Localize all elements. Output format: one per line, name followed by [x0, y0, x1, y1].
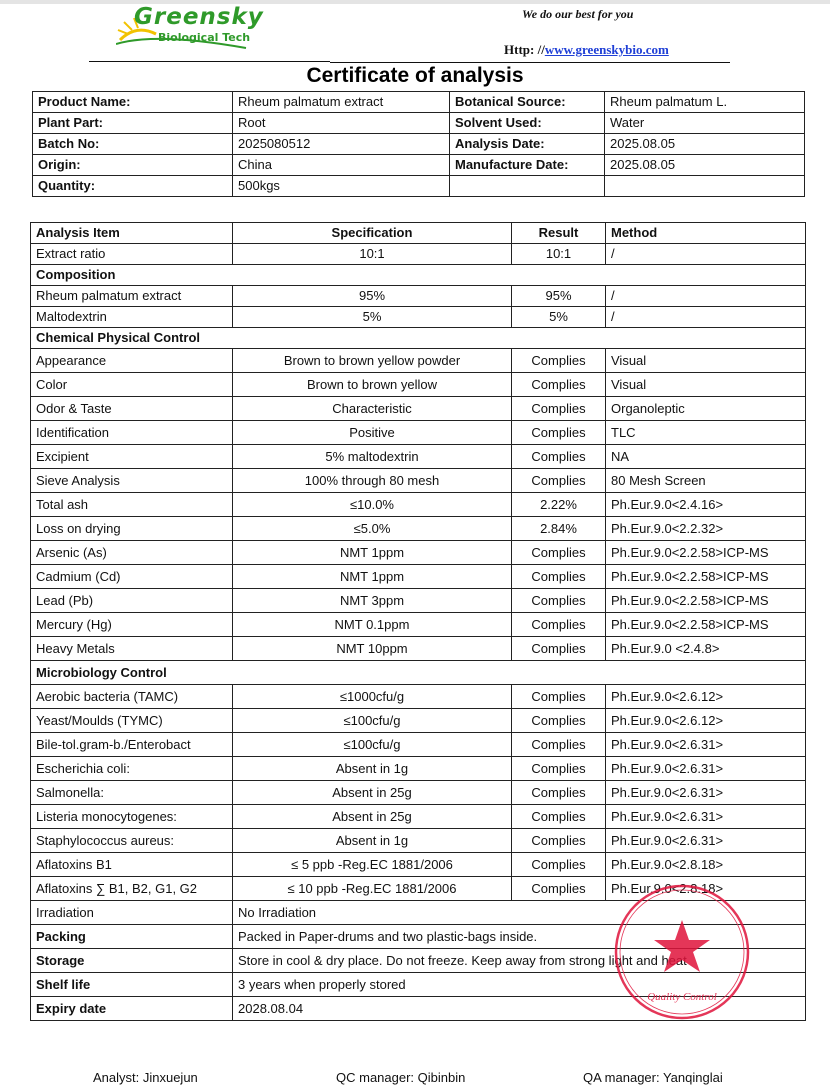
analysis-item: Color [31, 373, 233, 397]
analysis-item: Rheum palmatum extract [31, 286, 233, 307]
specification: NMT 10ppm [233, 637, 512, 661]
analysis-item: Heavy Metals [31, 637, 233, 661]
specification: ≤ 5 ppb -Reg.EC 1881/2006 [233, 853, 512, 877]
result: Complies [512, 685, 606, 709]
info-value: China [233, 155, 450, 176]
method: Ph.Eur.9.0<2.6.12> [606, 709, 806, 733]
method: Ph.Eur.9.0 <2.4.8> [606, 637, 806, 661]
analysis-item: Salmonella: [31, 781, 233, 805]
specification: NMT 1ppm [233, 565, 512, 589]
table-row: Escherichia coli:Absent in 1gCompliesPh.… [31, 757, 806, 781]
analysis-item: Excipient [31, 445, 233, 469]
analysis-item: Cadmium (Cd) [31, 565, 233, 589]
table-row: Extract ratio10:110:1/ [31, 244, 806, 265]
section-header-row: Chemical Physical Control [31, 328, 806, 349]
result: 2.22% [512, 493, 606, 517]
result: Complies [512, 397, 606, 421]
analyst-signature: Analyst: Jinxuejun [93, 1070, 198, 1085]
specification: ≤ 10 ppb -Reg.EC 1881/2006 [233, 877, 512, 901]
analysis-item: Aflatoxins B1 [31, 853, 233, 877]
page-title: Certificate of analysis [0, 64, 830, 88]
info-label: Product Name: [33, 92, 233, 113]
info-label: Botanical Source: [450, 92, 605, 113]
section-header-row: Microbiology Control [31, 661, 806, 685]
result: Complies [512, 421, 606, 445]
result: 5% [512, 307, 606, 328]
analysis-value: Store in cool & dry place. Do not freeze… [233, 949, 806, 973]
table-row: Maltodextrin5%5%/ [31, 307, 806, 328]
info-value: Root [233, 113, 450, 134]
analysis-item: Storage [31, 949, 233, 973]
analysis-item: Total ash [31, 493, 233, 517]
method: Ph.Eur.9.0<2.8.18> [606, 877, 806, 901]
specification: 5% maltodextrin [233, 445, 512, 469]
section-title: Microbiology Control [31, 661, 806, 685]
table-row: Listeria monocytogenes:Absent in 25gComp… [31, 805, 806, 829]
company-logo: Greensky Biological Tech [116, 4, 256, 54]
specification: 10:1 [233, 244, 512, 265]
result: Complies [512, 853, 606, 877]
column-header: Result [512, 223, 606, 244]
logo-name: Greensky [134, 4, 264, 30]
table-row: Expiry date2028.08.04 [31, 997, 806, 1021]
table-row: PackingPacked in Paper-drums and two pla… [31, 925, 806, 949]
analysis-item: Escherichia coli: [31, 757, 233, 781]
specification: 5% [233, 307, 512, 328]
method: Ph.Eur.9.0<2.6.31> [606, 829, 806, 853]
website-link[interactable]: www.greenskybio.com [545, 42, 669, 57]
section-header-row: Composition [31, 265, 806, 286]
specification: Absent in 25g [233, 805, 512, 829]
method: Ph.Eur.9.0<2.6.31> [606, 733, 806, 757]
analysis-table: Analysis ItemSpecificationResultMethodEx… [30, 222, 806, 1021]
result: Complies [512, 613, 606, 637]
result: Complies [512, 781, 606, 805]
qa-manager-signature: QA manager: Yanqinglai [583, 1070, 723, 1085]
analysis-item: Sieve Analysis [31, 469, 233, 493]
method: Visual [606, 373, 806, 397]
table-row: Mercury (Hg)NMT 0.1ppmCompliesPh.Eur.9.0… [31, 613, 806, 637]
info-label: Origin: [33, 155, 233, 176]
analysis-item: Packing [31, 925, 233, 949]
table-row: IrradiationNo Irradiation [31, 901, 806, 925]
table-row: Yeast/Moulds (TYMC)≤100cfu/gCompliesPh.E… [31, 709, 806, 733]
analysis-item: Aerobic bacteria (TAMC) [31, 685, 233, 709]
analysis-item: Maltodextrin [31, 307, 233, 328]
column-header: Method [606, 223, 806, 244]
table-row: Staphylococcus aureus:Absent in 1gCompli… [31, 829, 806, 853]
analysis-value: Packed in Paper-drums and two plastic-ba… [233, 925, 806, 949]
table-row: Sieve Analysis100% through 80 meshCompli… [31, 469, 806, 493]
info-value: 500kgs [233, 176, 450, 197]
url-prefix: Http: // [504, 42, 545, 57]
specification: NMT 1ppm [233, 541, 512, 565]
column-header: Specification [233, 223, 512, 244]
result: Complies [512, 637, 606, 661]
analysis-item: Identification [31, 421, 233, 445]
table-row: Aflatoxins ∑ B1, B2, G1, G2≤ 10 ppb -Reg… [31, 877, 806, 901]
result: Complies [512, 373, 606, 397]
table-row: Aflatoxins B1≤ 5 ppb -Reg.EC 1881/2006Co… [31, 853, 806, 877]
method: 80 Mesh Screen [606, 469, 806, 493]
specification: ≤10.0% [233, 493, 512, 517]
specification: Positive [233, 421, 512, 445]
website: Http: //www.greenskybio.com [504, 42, 669, 58]
method: Ph.Eur.9.0<2.4.16> [606, 493, 806, 517]
analysis-item: Listeria monocytogenes: [31, 805, 233, 829]
section-title: Chemical Physical Control [31, 328, 806, 349]
method: Ph.Eur.9.0<2.6.31> [606, 757, 806, 781]
method: / [606, 286, 806, 307]
specification: Absent in 1g [233, 829, 512, 853]
analysis-item: Expiry date [31, 997, 233, 1021]
analysis-item: Appearance [31, 349, 233, 373]
result: Complies [512, 565, 606, 589]
result: 10:1 [512, 244, 606, 265]
header-divider [89, 61, 330, 62]
method: Visual [606, 349, 806, 373]
table-row: IdentificationPositiveCompliesTLC [31, 421, 806, 445]
analysis-value: No Irradiation [233, 901, 806, 925]
result: Complies [512, 469, 606, 493]
table-row: Total ash≤10.0%2.22%Ph.Eur.9.0<2.4.16> [31, 493, 806, 517]
analysis-item: Arsenic (As) [31, 541, 233, 565]
info-row: Origin:ChinaManufacture Date:2025.08.05 [33, 155, 805, 176]
result: Complies [512, 349, 606, 373]
method: Ph.Eur.9.0<2.2.58>ICP-MS [606, 589, 806, 613]
info-label: Manufacture Date: [450, 155, 605, 176]
result: Complies [512, 709, 606, 733]
specification: Characteristic [233, 397, 512, 421]
analysis-item: Mercury (Hg) [31, 613, 233, 637]
result: 95% [512, 286, 606, 307]
column-header: Analysis Item [31, 223, 233, 244]
specification: Absent in 1g [233, 757, 512, 781]
info-value: 2025080512 [233, 134, 450, 155]
logo-subtitle: Biological Tech [158, 31, 250, 44]
analysis-item: Yeast/Moulds (TYMC) [31, 709, 233, 733]
table-row: Loss on drying≤5.0%2.84%Ph.Eur.9.0<2.2.3… [31, 517, 806, 541]
specification: 95% [233, 286, 512, 307]
analysis-item: Lead (Pb) [31, 589, 233, 613]
header-divider-right [330, 62, 730, 63]
specification: Absent in 25g [233, 781, 512, 805]
info-value: 2025.08.05 [605, 155, 805, 176]
analysis-item: Aflatoxins ∑ B1, B2, G1, G2 [31, 877, 233, 901]
qc-manager-signature: QC manager: Qibinbin [336, 1070, 465, 1085]
info-value: 2025.08.05 [605, 134, 805, 155]
info-label: Solvent Used: [450, 113, 605, 134]
analysis-item: Staphylococcus aureus: [31, 829, 233, 853]
method: NA [606, 445, 806, 469]
info-label: Quantity: [33, 176, 233, 197]
method: Ph.Eur.9.0<2.6.31> [606, 805, 806, 829]
specification: NMT 3ppm [233, 589, 512, 613]
info-value [605, 176, 805, 197]
table-row: Aerobic bacteria (TAMC)≤1000cfu/gComplie… [31, 685, 806, 709]
table-row: ColorBrown to brown yellowCompliesVisual [31, 373, 806, 397]
section-title: Composition [31, 265, 806, 286]
table-row: StorageStore in cool & dry place. Do not… [31, 949, 806, 973]
table-row: Shelf life3 years when properly stored [31, 973, 806, 997]
analysis-item: Loss on drying [31, 517, 233, 541]
method: Ph.Eur.9.0<2.2.32> [606, 517, 806, 541]
table-row: Cadmium (Cd)NMT 1ppmCompliesPh.Eur.9.0<2… [31, 565, 806, 589]
table-row: Lead (Pb)NMT 3ppmCompliesPh.Eur.9.0<2.2.… [31, 589, 806, 613]
info-value: Rheum palmatum extract [233, 92, 450, 113]
table-header-row: Analysis ItemSpecificationResultMethod [31, 223, 806, 244]
analysis-item: Odor & Taste [31, 397, 233, 421]
result: 2.84% [512, 517, 606, 541]
method: Organoleptic [606, 397, 806, 421]
product-info-table: Product Name:Rheum palmatum extractBotan… [32, 91, 805, 197]
result: Complies [512, 877, 606, 901]
method: / [606, 244, 806, 265]
table-row: Rheum palmatum extract95%95%/ [31, 286, 806, 307]
analysis-item: Extract ratio [31, 244, 233, 265]
result: Complies [512, 805, 606, 829]
result: Complies [512, 829, 606, 853]
slogan: We do our best for you [522, 7, 633, 22]
result: Complies [512, 757, 606, 781]
analysis-item: Bile-tol.gram-b./Enterobact [31, 733, 233, 757]
method: Ph.Eur.9.0<2.2.58>ICP-MS [606, 541, 806, 565]
analysis-item: Shelf life [31, 973, 233, 997]
method: Ph.Eur.9.0<2.6.31> [606, 781, 806, 805]
info-value: Rheum palmatum L. [605, 92, 805, 113]
method: / [606, 307, 806, 328]
specification: 100% through 80 mesh [233, 469, 512, 493]
specification: ≤100cfu/g [233, 709, 512, 733]
info-row: Batch No:2025080512Analysis Date:2025.08… [33, 134, 805, 155]
analysis-item: Irradiation [31, 901, 233, 925]
info-row: Quantity:500kgs [33, 176, 805, 197]
result: Complies [512, 733, 606, 757]
table-row: Salmonella:Absent in 25gCompliesPh.Eur.9… [31, 781, 806, 805]
result: Complies [512, 541, 606, 565]
analysis-value: 2028.08.04 [233, 997, 806, 1021]
specification: ≤5.0% [233, 517, 512, 541]
analysis-value: 3 years when properly stored [233, 973, 806, 997]
table-row: Heavy MetalsNMT 10ppmCompliesPh.Eur.9.0 … [31, 637, 806, 661]
method: Ph.Eur.9.0<2.2.58>ICP-MS [606, 565, 806, 589]
table-row: Excipient5% maltodextrinCompliesNA [31, 445, 806, 469]
method: Ph.Eur.9.0<2.2.58>ICP-MS [606, 613, 806, 637]
result: Complies [512, 445, 606, 469]
specification: ≤100cfu/g [233, 733, 512, 757]
info-label: Plant Part: [33, 113, 233, 134]
table-row: Bile-tol.gram-b./Enterobact≤100cfu/gComp… [31, 733, 806, 757]
table-row: Arsenic (As)NMT 1ppmCompliesPh.Eur.9.0<2… [31, 541, 806, 565]
info-row: Product Name:Rheum palmatum extractBotan… [33, 92, 805, 113]
table-row: AppearanceBrown to brown yellow powderCo… [31, 349, 806, 373]
method: Ph.Eur.9.0<2.8.18> [606, 853, 806, 877]
method: Ph.Eur.9.0<2.6.12> [606, 685, 806, 709]
info-label: Batch No: [33, 134, 233, 155]
specification: ≤1000cfu/g [233, 685, 512, 709]
specification: Brown to brown yellow [233, 373, 512, 397]
table-row: Odor & TasteCharacteristicCompliesOrgano… [31, 397, 806, 421]
result: Complies [512, 589, 606, 613]
info-label [450, 176, 605, 197]
method: TLC [606, 421, 806, 445]
specification: Brown to brown yellow powder [233, 349, 512, 373]
specification: NMT 0.1ppm [233, 613, 512, 637]
info-label: Analysis Date: [450, 134, 605, 155]
info-value: Water [605, 113, 805, 134]
info-row: Plant Part:RootSolvent Used:Water [33, 113, 805, 134]
